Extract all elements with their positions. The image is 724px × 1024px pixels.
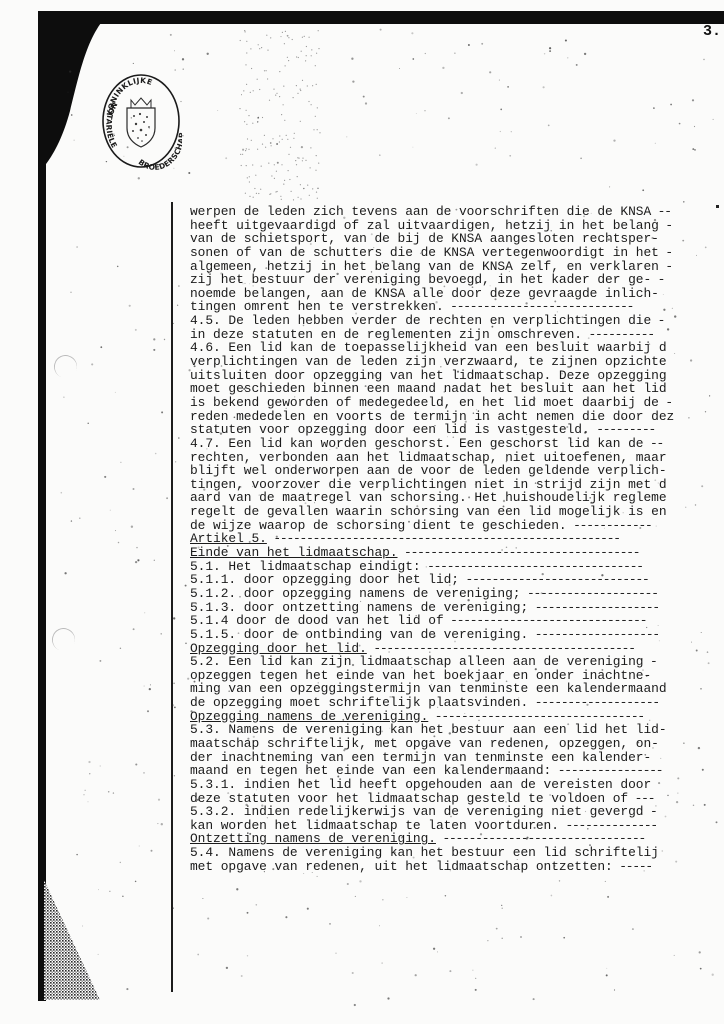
text-line: opzeggen tegen het einde van het boekjaa… bbox=[190, 669, 724, 683]
text-line: rechten, verbonden aan het lidmaatschap,… bbox=[190, 451, 724, 465]
text-line: uitsluiten door opzegging van het lidmaa… bbox=[190, 369, 724, 383]
text-line: blijft wel onderworpen aan de voor de le… bbox=[190, 464, 724, 478]
seal-right-text: BROEDERSCHAP bbox=[137, 132, 182, 170]
line-filler-dashes: - bbox=[659, 218, 672, 233]
page-number: 3. bbox=[703, 23, 721, 40]
text-line: van de schietsport, van de bij de KNSA a… bbox=[190, 232, 724, 246]
punch-hole-mark bbox=[51, 352, 80, 381]
scanned-document-page: KONINKLIJKE NOTARIËLE BROEDERSCHAP 3. we… bbox=[0, 0, 724, 1024]
statute-text-body: werpen de leden zich tevens aan de voors… bbox=[190, 205, 724, 873]
text-line: 5.3.2. indien redelijkerwijs van de vere… bbox=[190, 805, 724, 819]
text-line: 4.6. Een lid kan de toepasselijkheid van… bbox=[190, 341, 724, 355]
text-line: 5.3.1. indien het lid heeft opgehouden a… bbox=[190, 778, 724, 792]
text-line: 5.1.3. door ontzetting namens de verenig… bbox=[190, 601, 724, 615]
text-line: statuten voor opzegging door een lid is … bbox=[190, 423, 724, 437]
line-filler-dashes: ----- bbox=[613, 859, 652, 874]
text-line: deze statuten voor het lidmaatschap gest… bbox=[190, 792, 724, 806]
text-line: regelt de gevallen waarin schorsing van … bbox=[190, 505, 724, 519]
text-line: maatschap schriftelijk, met opgave van r… bbox=[190, 737, 724, 751]
coat-of-arms-icon bbox=[127, 98, 155, 147]
text-line: verplichtingen van de leden zijn verzwaa… bbox=[190, 355, 724, 369]
text-line: algemeen, hetzij in het belang van de KN… bbox=[190, 260, 724, 274]
text-line: aard van de maatregel van schorsing. Het… bbox=[190, 491, 724, 505]
text-line: 5.3. Namens de vereniging kan het bestuu… bbox=[190, 723, 724, 737]
text-line: 4.7. Een lid kan worden geschorst. Een g… bbox=[190, 437, 724, 451]
punch-hole-mark bbox=[49, 625, 78, 654]
svg-text:BROEDERSCHAP: BROEDERSCHAP bbox=[137, 132, 182, 170]
text-line: sonen of van de schutters die de KNSA ve… bbox=[190, 246, 724, 260]
section-heading-line: Artikel 5. -----------------------------… bbox=[190, 532, 724, 546]
margin-rule bbox=[171, 202, 173, 992]
top-scan-border bbox=[40, 11, 724, 24]
scan-artifact bbox=[716, 205, 719, 208]
text-line: heeft uitgevaardigd of zal uitvaardigen,… bbox=[190, 219, 724, 233]
text-line: is bekend geworden of medegedeeld, en he… bbox=[190, 396, 724, 410]
text-line: 5.1.4 door de dood van het lid of ------… bbox=[190, 614, 724, 628]
line-text: met opgave van redenen, uit het lidmaats… bbox=[190, 859, 613, 874]
text-line: de wijze waarop de schorsing dient te ge… bbox=[190, 519, 724, 533]
text-line: 5.1. Het lidmaatschap eindigt: ---------… bbox=[190, 560, 724, 574]
text-line: der inachtneming van een termijn van ten… bbox=[190, 751, 724, 765]
text-line: de opzegging moet schriftelijk plaatsvin… bbox=[190, 696, 724, 710]
section-heading-line: Opzegging door het lid. ----------------… bbox=[190, 642, 724, 656]
text-line: kan worden het lidmaatschap te laten voo… bbox=[190, 819, 724, 833]
text-line: reden mededelen en voorts de termijn in … bbox=[190, 410, 724, 424]
text-line: tingen omrent hen te verstrekken. ------… bbox=[190, 300, 724, 314]
text-line: 5.4. Namens de vereniging kan het bestuu… bbox=[190, 846, 724, 860]
text-line: ming van een opzeggingstermijn van tenmi… bbox=[190, 682, 724, 696]
section-heading-line: Einde van het lidmaatschap. ------------… bbox=[190, 546, 724, 560]
section-heading-line: Opzegging namens de vereniging. --------… bbox=[190, 710, 724, 724]
text-line: 5.1.5. door de ontbinding van de verenig… bbox=[190, 628, 724, 642]
text-line: met opgave van redenen, uit het lidmaats… bbox=[190, 860, 724, 874]
text-line: maand en tegen het einde van een kalende… bbox=[190, 764, 724, 778]
text-line: tingen, voorzover die verplichtingen nie… bbox=[190, 478, 724, 492]
text-line: in deze statuten en de reglementen zijn … bbox=[190, 328, 724, 342]
text-line: noemde belangen, aan de KNSA alle door d… bbox=[190, 287, 724, 301]
text-line: werpen de leden zich tevens aan de voors… bbox=[190, 205, 724, 219]
text-line: 5.1.1. door opzegging door het lid; ----… bbox=[190, 573, 724, 587]
text-line: 4.5. De leden hebben verder de rechten e… bbox=[190, 314, 724, 328]
notary-seal-stamp: KONINKLIJKE NOTARIËLE BROEDERSCHAP bbox=[100, 72, 182, 170]
text-line: moet geschieden binnen een maand nadat h… bbox=[190, 382, 724, 396]
text-line: zij het bestuur der vereniging bevoegd, … bbox=[190, 273, 724, 287]
text-line: 5.1.2. door opzegging namens de verenigi… bbox=[190, 587, 724, 601]
bottom-scan-shadow bbox=[44, 880, 104, 1000]
text-line: 5.2. Een lid kan zijn lidmaatschap allee… bbox=[190, 655, 724, 669]
section-heading-line: Ontzetting namens de vereniging. -------… bbox=[190, 832, 724, 846]
